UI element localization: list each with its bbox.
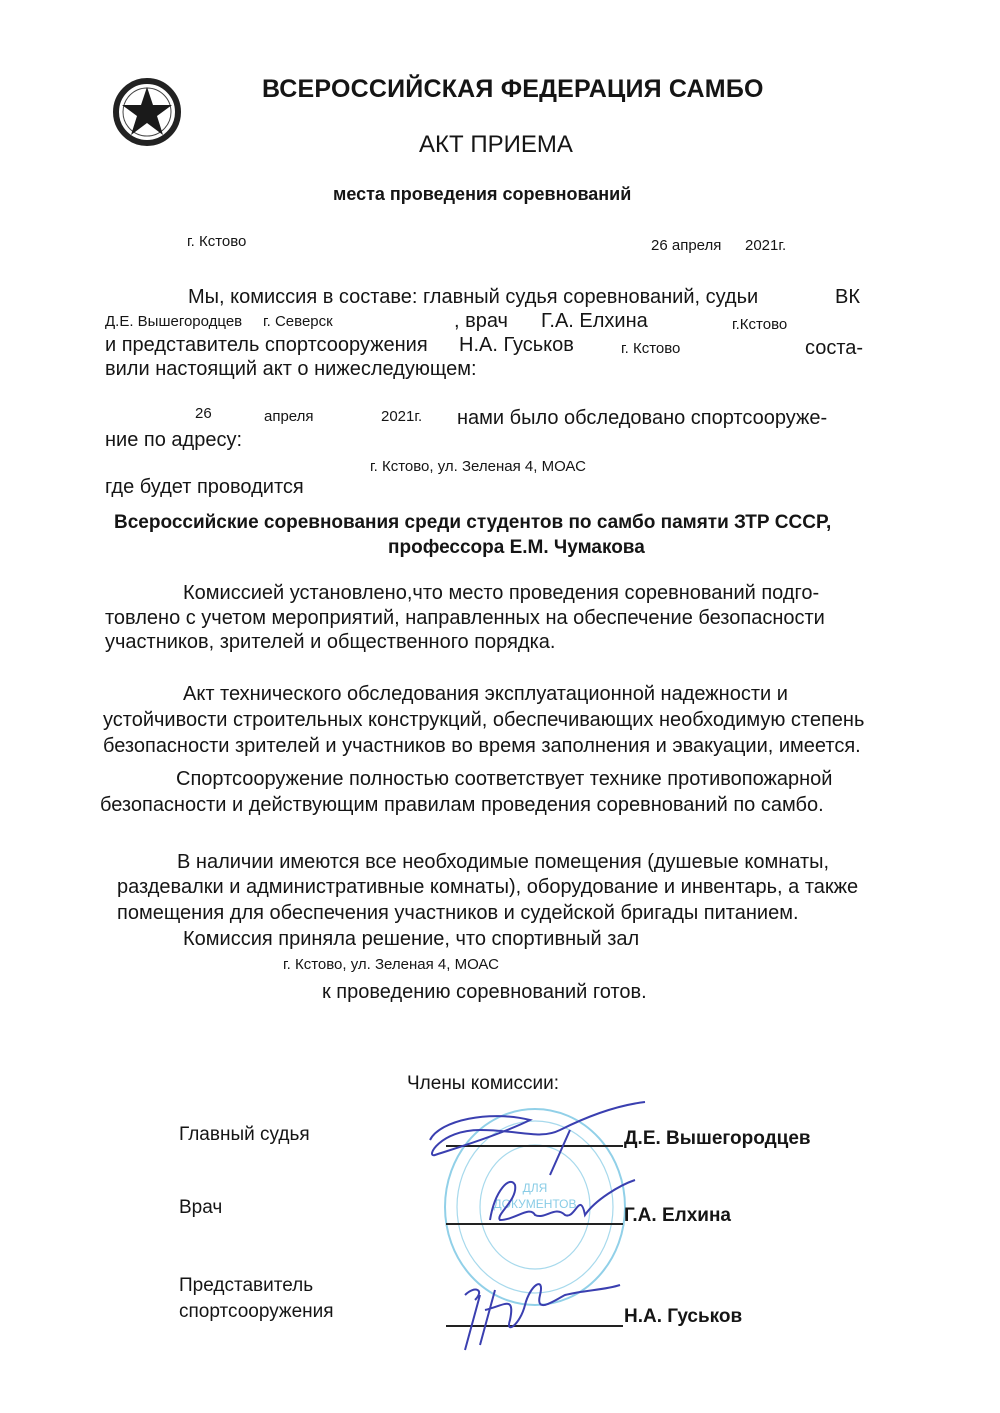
inspection-text2: ние по адресу: — [105, 429, 242, 452]
event-title-line1: Всероссийские соревнования среди студент… — [114, 512, 831, 534]
paragraph4-line3: помещения для обеспечения участников и с… — [117, 902, 799, 925]
paragraph3-line2: безопасности и действующим правилам пров… — [100, 794, 824, 817]
doctor-label: , врач — [454, 310, 508, 333]
paragraph3-line1: Спортсооружение полностью соответствует … — [176, 768, 832, 791]
place-city: г. Кстово — [187, 233, 246, 250]
inspection-text1: нами было обследовано спортсооруже- — [457, 407, 827, 430]
role-facility-rep-line2: спортсооружения — [179, 1301, 334, 1323]
members-label: Члены комиссии: — [407, 1073, 559, 1095]
commission-intro: Мы, комиссия в составе: главный судья со… — [188, 286, 758, 309]
inspection-day: 26 — [195, 405, 212, 422]
paragraph2-line1: Акт технического обследования эксплуатац… — [183, 683, 788, 706]
role-doctor: Врач — [179, 1197, 222, 1219]
judge-category: ВК — [835, 286, 860, 309]
inspection-year: 2021г. — [381, 408, 422, 425]
paragraph4-line2: раздевалки и административные комнаты), … — [117, 876, 858, 899]
rep-label: и представитель спортсооружения — [105, 334, 428, 357]
commission-line3-end: соста- — [805, 337, 863, 360]
judge-name: Д.Е. Вышегородцев — [105, 313, 242, 330]
judge-city: г. Северск — [263, 313, 333, 330]
paragraph1-line3: участников, зрителей и общественного пор… — [105, 631, 555, 654]
paragraph2-line3: безопасности зрителей и участников во вр… — [103, 735, 861, 758]
doctor-name: Г.А. Елхина — [541, 310, 648, 333]
paragraph1-line2: товлено с учетом мероприятий, направленн… — [105, 607, 825, 630]
date-day-month: 26 апреля — [651, 237, 721, 254]
paragraph1-line1: Комиссией установлено,что место проведен… — [183, 582, 819, 605]
role-chief-judge: Главный судья — [179, 1124, 310, 1146]
organization-title: ВСЕРОССИЙСКАЯ ФЕДЕРАЦИЯ САМБО — [262, 75, 764, 104]
inspection-address: г. Кстово, ул. Зеленая 4, МОАС — [370, 458, 586, 475]
where-label: где будет проводится — [105, 476, 304, 499]
date-year: 2021г. — [745, 237, 786, 254]
rep-name: Н.А. Гуськов — [459, 334, 574, 357]
doctor-city: г.Кстово — [732, 316, 787, 333]
decision-address: г. Кстово, ул. Зеленая 4, МОАС — [283, 956, 499, 973]
rep-city: г. Кстово — [621, 340, 680, 357]
document-title: АКТ ПРИЕМА — [419, 131, 573, 159]
inspection-month: апреля — [264, 408, 314, 425]
name-facility-rep: Н.А. Гуськов — [624, 1306, 742, 1328]
signature-facility-rep-icon — [445, 1265, 625, 1360]
decision-end: к проведению соревнований готов. — [322, 981, 647, 1004]
document-subtitle: места проведения соревнований — [333, 184, 631, 205]
sambo-emblem-icon — [113, 78, 181, 146]
paragraph2-line2: устойчивости строительных конструкций, о… — [103, 709, 864, 732]
paragraph4-line1: В наличии имеются все необходимые помеще… — [177, 851, 829, 874]
commission-line4: вили настоящий акт о нижеследующем: — [105, 358, 477, 381]
decision-text: Комиссия приняла решение, что спортивный… — [183, 928, 639, 951]
name-doctor: Г.А. Елхина — [624, 1205, 731, 1227]
role-facility-rep-line1: Представитель — [179, 1275, 313, 1297]
name-chief-judge: Д.Е. Вышегородцев — [624, 1128, 811, 1150]
signature-doctor-icon — [470, 1170, 640, 1235]
event-title-line2: профессора Е.М. Чумакова — [388, 537, 645, 559]
